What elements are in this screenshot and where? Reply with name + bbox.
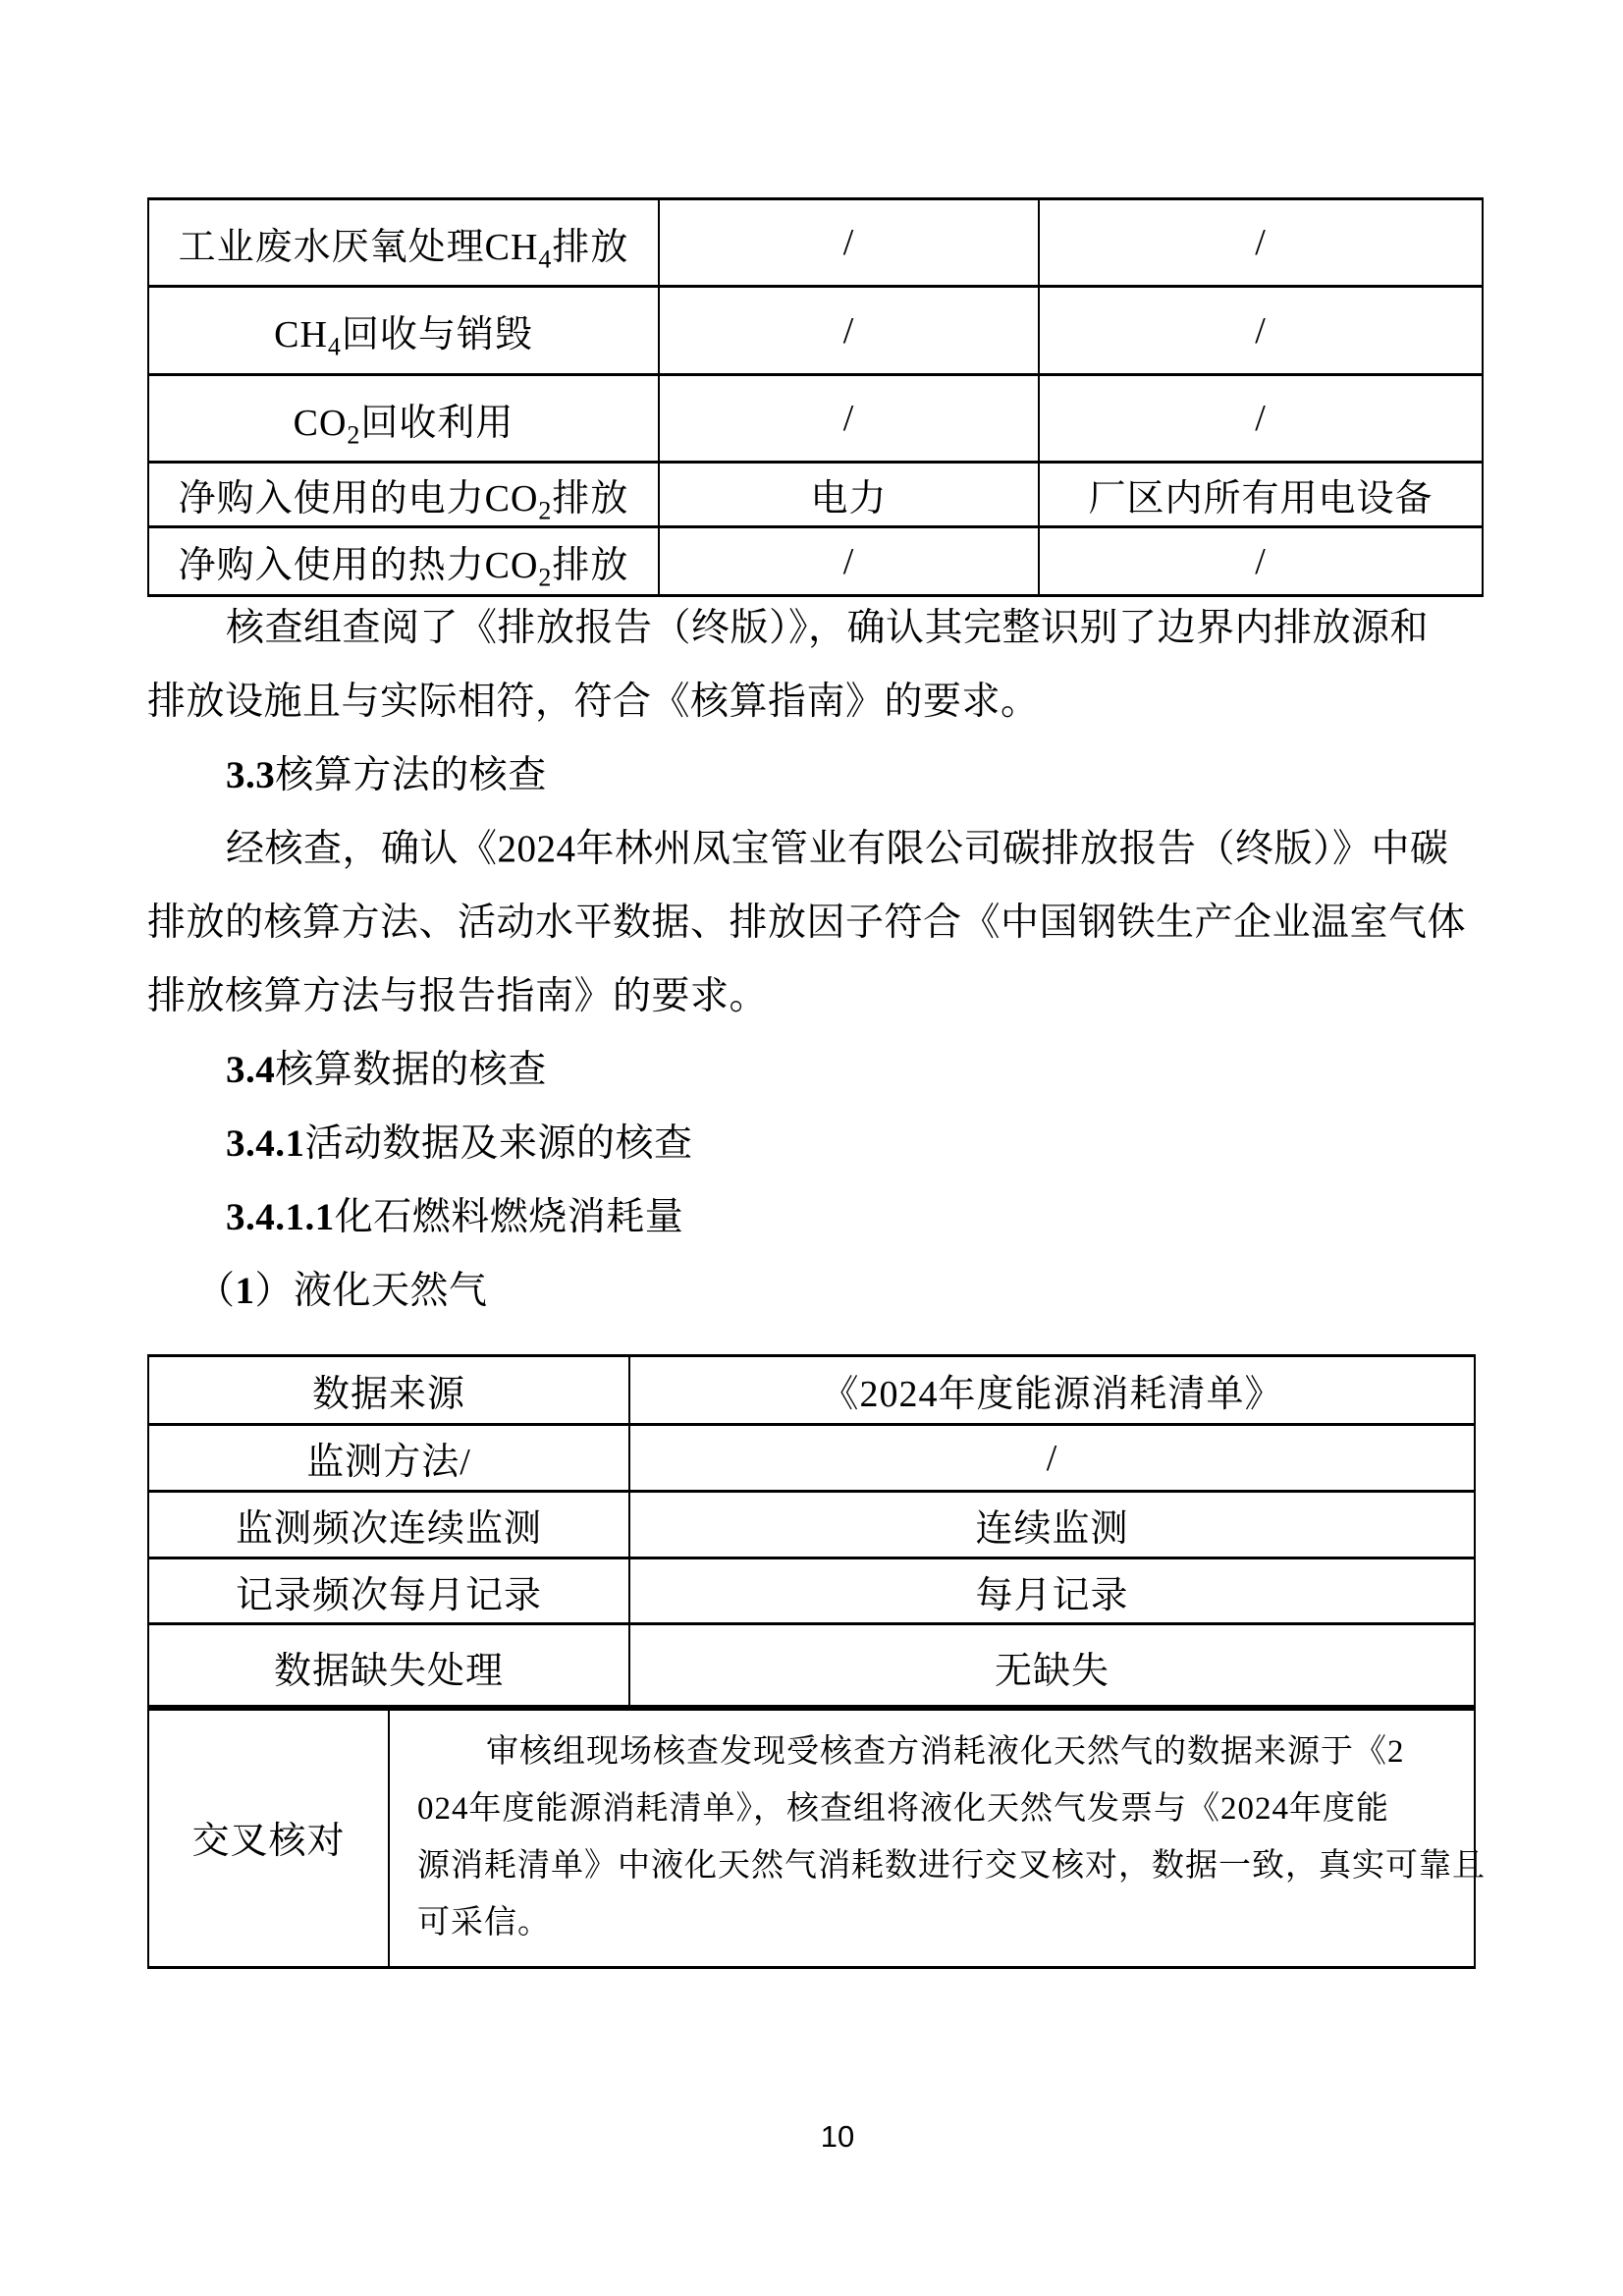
label-text: 净购入使用的电力 — [179, 478, 485, 519]
table-row: 净购入使用的热力CO2排放 / / — [148, 527, 1483, 596]
label-text: 净购入使用的热力 — [179, 545, 485, 586]
chem-subscript: 4 — [328, 333, 342, 361]
table-row: 监测方法/ / — [148, 1425, 1475, 1492]
heading-number: 3.4.1 — [226, 1122, 305, 1165]
line-text: ）液化天然气 — [255, 1270, 488, 1312]
paragraph-line: 排放的核算方法、活动水平数据、排放因子符合《中国钢铁生产企业温室气体 — [147, 886, 1522, 959]
col2-cell: 电力 — [659, 463, 1039, 527]
cross-check-text-line: 审核组现场核查发现受核查方消耗液化天然气的数据来源于《2 — [417, 1723, 1446, 1780]
section-heading-3-4-1: 3.4.1活动数据及来源的核查 — [147, 1107, 1522, 1180]
label-text: 回收利用 — [360, 403, 514, 444]
chem-formula: CO — [485, 545, 539, 586]
row-label-cell: 数据缺失处理 — [148, 1624, 629, 1710]
page-number: 10 — [821, 2119, 854, 2155]
row-value-cell: 连续监测 — [629, 1492, 1475, 1558]
paragraph-line: 核查组查阅了《排放报告（终版）》，确认其完整识别了边界内排放源和 — [147, 591, 1522, 665]
line-text: 排放设施且与实际相符，符合《核算指南》的要求。 — [147, 681, 1040, 723]
label-text: 排放 — [552, 478, 628, 519]
col3-cell: / — [1039, 287, 1483, 375]
paragraph-line: 排放核算方法与报告指南》的要求。 — [147, 959, 1522, 1033]
table-row: CO2回收利用 / / — [148, 375, 1483, 463]
section-heading-3-4: 3.4核算数据的核查 — [147, 1033, 1522, 1107]
row-label-cell: 记录频次每月记录 — [148, 1558, 629, 1624]
cross-check-text-line: 源消耗清单》中液化天然气消耗数进行交叉核对，数据一致，真实可靠且 — [417, 1837, 1446, 1894]
cross-check-text-line: 可采信。 — [417, 1894, 1446, 1951]
cross-check-label-cell: 交叉核对 — [148, 1707, 389, 1968]
chem-formula: CH — [485, 227, 539, 268]
line-text: （ — [196, 1270, 236, 1312]
table-row: 净购入使用的电力CO2排放 电力 厂区内所有用电设备 — [148, 463, 1483, 527]
chem-subscript: 2 — [538, 564, 552, 592]
cross-check-text-cell: 审核组现场核查发现受核查方消耗液化天然气的数据来源于《2 024年度能源消耗清单… — [389, 1707, 1475, 1968]
section-heading-3-4-1-1: 3.4.1.1化石燃料燃烧消耗量 — [147, 1180, 1522, 1254]
emission-source-cell: CH4回收与销毁 — [148, 287, 659, 375]
emission-source-cell: 净购入使用的热力CO2排放 — [148, 527, 659, 596]
label-text: 排放 — [552, 227, 628, 268]
row-value-cell: 无缺失 — [629, 1624, 1475, 1710]
row-value-cell: 每月记录 — [629, 1558, 1475, 1624]
heading-text: 化石燃料燃烧消耗量 — [335, 1196, 684, 1238]
col2-cell: / — [659, 527, 1039, 596]
body-text: 核查组查阅了《排放报告（终版）》，确认其完整识别了边界内排放源和 排放设施且与实… — [147, 591, 1522, 1328]
heading-text: 核算数据的核查 — [275, 1049, 547, 1091]
table-row: 记录频次每月记录 每月记录 — [148, 1558, 1475, 1624]
heading-number: 3.3 — [226, 754, 275, 796]
table-row: 交叉核对 审核组现场核查发现受核查方消耗液化天然气的数据来源于《2 024年度能… — [148, 1707, 1475, 1968]
cross-check-row: 交叉核对 审核组现场核查发现受核查方消耗液化天然气的数据来源于《2 024年度能… — [147, 1705, 1476, 1969]
list-item-1-lng: （1）液化天然气 — [147, 1254, 1522, 1328]
chem-subscript: 4 — [538, 245, 552, 273]
row-value-cell: / — [629, 1425, 1475, 1492]
col3-cell: / — [1039, 199, 1483, 287]
cross-check-text-line: 024年度能源消耗清单》，核查组将液化天然气发票与《2024年度能 — [417, 1780, 1446, 1837]
line-text: 排放的核算方法、活动水平数据、排放因子符合《中国钢铁生产企业温室气体 — [147, 902, 1466, 944]
table-row: CH4回收与销毁 / / — [148, 287, 1483, 375]
emission-source-cell: 工业废水厌氧处理CH4排放 — [148, 199, 659, 287]
chem-formula: CO — [485, 478, 539, 519]
heading-number: 3.4 — [226, 1049, 275, 1091]
heading-text: 核算方法的核查 — [275, 754, 547, 796]
emission-source-cell: CO2回收利用 — [148, 375, 659, 463]
lng-verification-table: 数据来源 《2024年度能源消耗清单》 监测方法/ / 监测频次连续监测 连续监… — [147, 1354, 1476, 1711]
row-label-cell: 监测方法/ — [148, 1425, 629, 1492]
row-label-cell: 数据来源 — [148, 1356, 629, 1425]
heading-text: 活动数据及来源的核查 — [305, 1122, 693, 1165]
label-text: 排放 — [552, 545, 628, 586]
section-heading-3-3: 3.3核算方法的核查 — [147, 738, 1522, 812]
col2-cell: / — [659, 199, 1039, 287]
line-text: 核查组查阅了《排放报告（终版）》，确认其完整识别了边界内排放源和 — [226, 607, 1429, 649]
table-row: 工业废水厌氧处理CH4排放 / / — [148, 199, 1483, 287]
document-page: 工业废水厌氧处理CH4排放 / / CH4回收与销毁 / / CO2回收利用 /… — [0, 0, 1623, 2296]
paragraph-line: 经核查，确认《2024年林州凤宝管业有限公司碳排放报告（终版）》中碳 — [147, 812, 1522, 886]
chem-subscript: 2 — [538, 497, 552, 525]
emission-source-cell: 净购入使用的电力CO2排放 — [148, 463, 659, 527]
line-number: 1 — [236, 1270, 255, 1312]
paragraph-line: 排放设施且与实际相符，符合《核算指南》的要求。 — [147, 665, 1522, 738]
emission-source-table: 工业废水厌氧处理CH4排放 / / CH4回收与销毁 / / CO2回收利用 /… — [147, 197, 1484, 597]
label-text: 回收与销毁 — [342, 314, 533, 355]
chem-subscript: 2 — [347, 420, 360, 449]
col3-cell: / — [1039, 527, 1483, 596]
col2-cell: / — [659, 375, 1039, 463]
chem-formula: CO — [294, 403, 348, 444]
line-text: 排放核算方法与报告指南》的要求。 — [147, 975, 768, 1017]
col2-cell: / — [659, 287, 1039, 375]
col3-cell: 厂区内所有用电设备 — [1039, 463, 1483, 527]
table-row: 数据来源 《2024年度能源消耗清单》 — [148, 1356, 1475, 1425]
row-label-cell: 监测频次连续监测 — [148, 1492, 629, 1558]
row-value-cell: 《2024年度能源消耗清单》 — [629, 1356, 1475, 1425]
table-row: 监测频次连续监测 连续监测 — [148, 1492, 1475, 1558]
heading-number: 3.4.1.1 — [226, 1196, 335, 1238]
table-row: 数据缺失处理 无缺失 — [148, 1624, 1475, 1710]
col3-cell: / — [1039, 375, 1483, 463]
label-text: 工业废水厌氧处理 — [179, 227, 485, 268]
line-text: 经核查，确认《2024年林州凤宝管业有限公司碳排放报告（终版）》中碳 — [226, 828, 1449, 870]
chem-formula: CH — [274, 314, 328, 355]
